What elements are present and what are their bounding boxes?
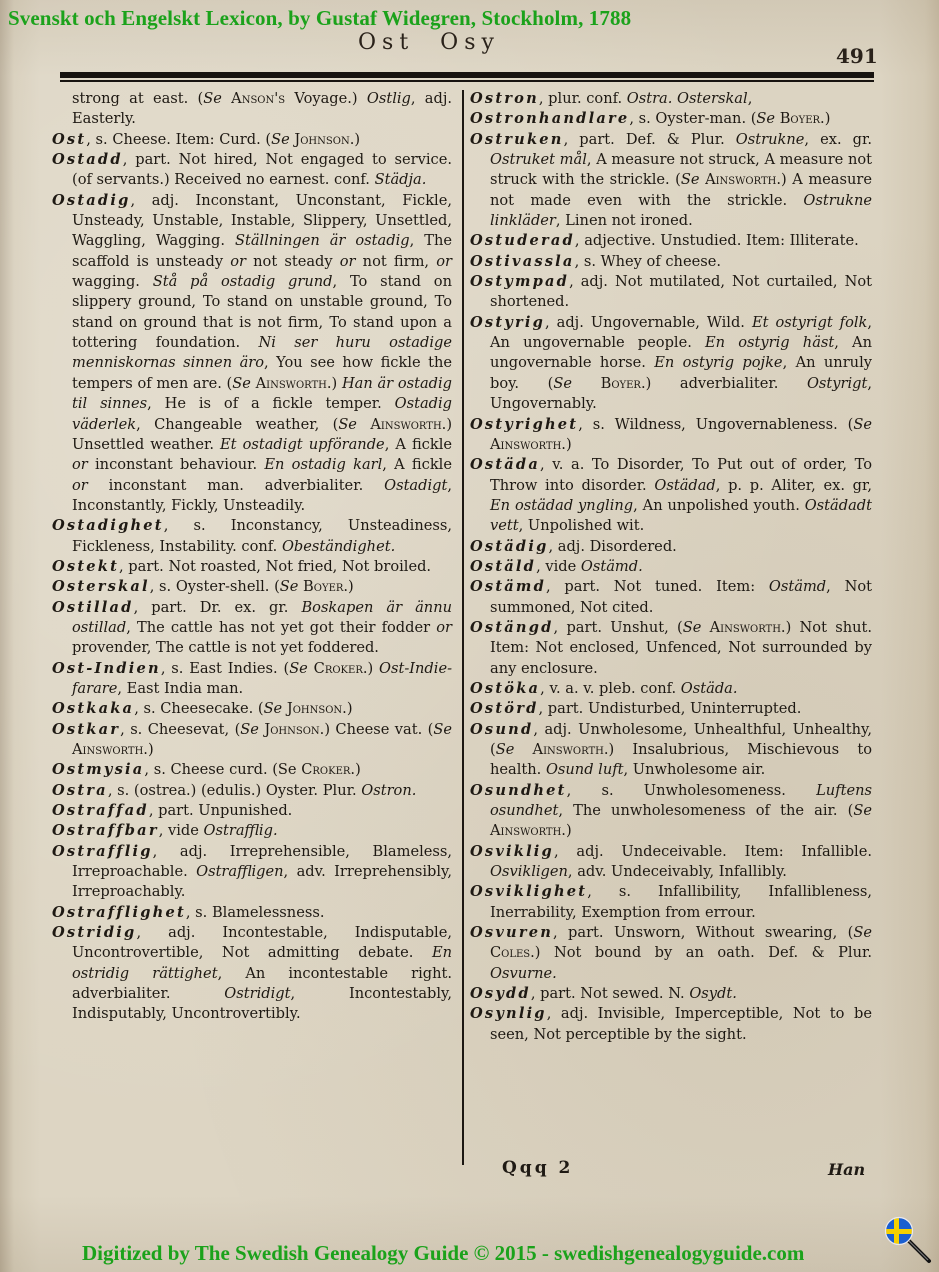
dictionary-entry: Ostädig, adj. Disordered. (470, 537, 872, 557)
entry-text: , part. Unpunished. (149, 802, 292, 819)
entry-source-reference: Ainsworth. (533, 741, 609, 758)
entry-text: , part. Not tuned. Item: (546, 578, 769, 595)
entry-italic-text: Obeständighet. (282, 538, 395, 555)
entry-text: ) (355, 761, 361, 778)
entry-text: ) (825, 110, 831, 127)
entry-text: , s. East Indies. ( (161, 660, 289, 677)
scanned-page: Svenskt och Engelskt Lexicon, by Gustaf … (0, 0, 939, 1272)
entry-italic-text: Ostämd. (581, 558, 643, 575)
entry-headword: Osterskal (52, 578, 150, 595)
entry-italic-text: Se (280, 578, 299, 595)
dictionary-entry: Ostrafflighet, s. Blamelessness. (52, 903, 452, 923)
entry-headword: Osydd (470, 985, 531, 1002)
entry-headword: Ostillad (52, 599, 134, 616)
entry-text: , A fickle (382, 456, 452, 473)
entry-italic-text: Ostadigt (384, 477, 447, 494)
entry-text: , adjective. Unstudied. Item: Illiterate… (575, 232, 859, 249)
entry-source-reference: Ainsworth. (256, 375, 332, 392)
left-column: strong at east. (Se Anson's Voyage.) Ost… (52, 89, 452, 1025)
entry-text: , part. Dr. ex. gr. (134, 599, 302, 616)
entry-text (357, 416, 370, 433)
entry-text: , part. Def. & Plur. (564, 131, 736, 148)
dictionary-entry: Ostronhandlare, s. Oyster-man. (Se Boyer… (470, 109, 872, 129)
entry-headword: Ostuderad (470, 232, 575, 249)
entry-text (514, 741, 532, 758)
dictionary-entry: Ostämd, part. Not tuned. Item: Ostämd, N… (470, 577, 872, 618)
entry-headword: Osvuren (470, 924, 553, 941)
entry-text: not steady (246, 253, 340, 270)
entry-italic-text: Stå på ostadig grund (153, 273, 333, 290)
entry-italic-text: Osvikligen (490, 863, 568, 880)
entry-italic-text: Ostron. (361, 782, 416, 799)
entry-italic-text: Ställningen är ostadig (235, 232, 410, 249)
entry-headword: Ostrafflighet (52, 904, 186, 921)
entry-italic-text: Se (853, 802, 872, 819)
entry-italic-text: Se (240, 721, 259, 738)
dictionary-entry: Ost, s. Cheese. Item: Curd. (Se Johnson.… (52, 130, 452, 150)
entry-italic-text: Se (203, 90, 222, 107)
entry-text: ) (566, 822, 572, 839)
entry-headword: Ostronhandlare (470, 110, 629, 127)
dictionary-entry: Osvuren, part. Unsworn, Without swearing… (470, 923, 872, 984)
entry-italic-text: Osydt. (689, 985, 737, 1002)
dictionary-entry: Ostra, s. (ostrea.) (edulis.) Oyster. Pl… (52, 781, 452, 801)
entry-text: ) Cheese vat. ( (324, 721, 433, 738)
entry-italic-text: or (340, 253, 356, 270)
running-head: OstOsy (358, 30, 526, 55)
entry-italic-text: Städja. (375, 171, 427, 188)
entry-text: , s. Cheesecake. ( (134, 700, 263, 717)
entry-headword: Ostädig (470, 538, 548, 555)
entry-italic-text: or (72, 456, 88, 473)
entry-text: , (748, 90, 753, 107)
entry-italic-text: or (436, 253, 452, 270)
entry-headword: Osundhet (470, 782, 567, 799)
entry-text: , s. Cheese. Item: Curd. ( (86, 131, 271, 148)
entry-italic-text: Ostyrigt (807, 375, 867, 392)
entry-italic-text: Ostrafflig. (204, 822, 278, 839)
entry-headword: Ostäld (470, 558, 536, 575)
entry-text: , ex. gr. (804, 131, 872, 148)
entry-text: not firm, (356, 253, 437, 270)
entry-headword: Ostmysia (52, 761, 144, 778)
entry-text: , p. p. Aliter, ex. gr, (716, 477, 872, 494)
entry-headword: Ost-Indien (52, 660, 161, 677)
entry-italic-text: Se (264, 700, 283, 717)
entry-headword: Ostridig (52, 924, 136, 941)
entry-text: Voyage.) (285, 90, 367, 107)
column-divider (462, 90, 464, 1165)
entry-headword: Ostympad (470, 273, 569, 290)
entry-italic-text: Ostlig (367, 90, 411, 107)
entry-text: , A fickle (385, 436, 452, 453)
header-rule-thin (60, 80, 874, 82)
dictionary-entry: Ostruken, part. Def. & Plur. Ostrukne, e… (470, 130, 872, 232)
entry-headword: Ostruken (470, 131, 564, 148)
entry-italic-text: Ostrukne (736, 131, 805, 148)
entry-text: wagging. (72, 273, 153, 290)
entry-headword: Ostadighet (52, 517, 164, 534)
entry-text: , s. Whey of cheese. (575, 253, 721, 270)
entry-text: inconstant behaviour. (88, 456, 265, 473)
entry-source-reference: Ainsworth. (710, 619, 786, 636)
entry-headword: Osviklig (470, 843, 554, 860)
entry-source-reference: Coles. (490, 944, 535, 961)
entry-italic-text: Et ostadigt upförande (220, 436, 385, 453)
entry-headword: Ostyrig (470, 314, 545, 331)
dictionary-entry: Ostadd, part. Not hired, Not engaged to … (52, 150, 452, 191)
signature-mark: Qqq 2 (502, 1158, 573, 1178)
entry-italic-text: Ostra. (627, 90, 673, 107)
entry-source-reference: Ainsworth. (490, 822, 566, 839)
book-title-banner: Svenskt och Engelskt Lexicon, by Gustaf … (8, 6, 631, 31)
entry-headword: Ostadd (52, 151, 123, 168)
dictionary-entry: Ostillad, part. Dr. ex. gr. Boskapen är … (52, 598, 452, 659)
catchword: Han (828, 1160, 865, 1179)
entry-italic-text: En ostyrig häst (705, 334, 834, 351)
entry-italic-text: Se (271, 131, 290, 148)
entry-text: , part. Undisturbed, Uninterrupted. (539, 700, 802, 717)
dictionary-entry: Ostridig, adj. Incontestable, Indisputab… (52, 923, 452, 1025)
entry-italic-text: Se (553, 375, 572, 392)
entry-source-reference: Johnson. (264, 721, 324, 738)
entry-headword: Ostekt (52, 558, 119, 575)
entry-source-reference: Johnson. (287, 700, 347, 717)
entry-headword: Ostörd (470, 700, 539, 717)
entry-source-reference: Croker. (301, 761, 355, 778)
entry-source-reference: Boyer. (303, 578, 348, 595)
entry-text: , v. a. v. pleb. conf. (540, 680, 681, 697)
entry-source-reference: Croker. (314, 660, 368, 677)
entry-headword: Ostkar (52, 721, 120, 738)
entry-italic-text: or (436, 619, 452, 636)
running-head-right: Osy (440, 30, 500, 55)
entry-italic-text: Se (683, 619, 702, 636)
entry-headword: Ostivassla (470, 253, 575, 270)
entry-text: , s. Blamelessness. (186, 904, 325, 921)
entry-italic-text: or (230, 253, 246, 270)
entry-text: , adj. Disordered. (548, 538, 676, 555)
entry-text: ) (566, 436, 572, 453)
entry-text: , s. Cheese curd. (Se (144, 761, 301, 778)
dictionary-entry: Ostäda, v. a. To Disorder, To Put out of… (470, 455, 872, 536)
page-number: 491 (836, 44, 878, 68)
entry-text: , vide (536, 558, 581, 575)
entry-source-reference: Ainsworth. (705, 171, 781, 188)
dictionary-entry: Ostmysia, s. Cheese curd. (Se Croker.) (52, 760, 452, 780)
entry-text: inconstant man. adverbialiter. (88, 477, 384, 494)
entry-text: ) (332, 375, 342, 392)
entry-text: , adj. Ungovernable, Wild. (545, 314, 752, 331)
dictionary-entry: Osund, adj. Unwholesome, Unhealthful, Un… (470, 720, 872, 781)
entry-text: ) (368, 660, 380, 677)
entry-headword: Osviklighet (470, 883, 587, 900)
entry-italic-text: Se (433, 721, 452, 738)
entry-text: provender, The cattle is not yet foddere… (72, 639, 379, 656)
entry-italic-text: Ostruket mål (490, 151, 587, 168)
entry-text: ) adverbialiter. (646, 375, 807, 392)
entry-text: , plur. conf. (539, 90, 627, 107)
entry-text: , Linen not ironed. (556, 212, 693, 229)
dictionary-entry: Ostraffbar, vide Ostrafflig. (52, 821, 452, 841)
dictionary-entry: Osundhet, s. Unwholesomeness. Luftens os… (470, 781, 872, 842)
entry-text: , East India man. (117, 680, 243, 697)
dictionary-entry: Ostöka, v. a. v. pleb. conf. Ostäda. (470, 679, 872, 699)
dictionary-entry: Ostyrighet, s. Wildness, Ungovernablenes… (470, 415, 872, 456)
entry-text: , s. Oyster-man. ( (629, 110, 756, 127)
dictionary-entry: Ostraffad, part. Unpunished. (52, 801, 452, 821)
entry-text: , The unwholesomeness of the air. ( (558, 802, 853, 819)
entry-text: , Unpolished wit. (519, 517, 645, 534)
dictionary-entry: Osviklighet, s. Infallibility, Infallibl… (470, 882, 872, 923)
entry-headword: Ost (52, 131, 86, 148)
digitized-by-banner: Digitized by The Swedish Genealogy Guide… (82, 1241, 804, 1266)
entry-text: , vide (159, 822, 204, 839)
entry-italic-text: or (72, 477, 88, 494)
entry-text: , Changeable weather, ( (136, 416, 338, 433)
entry-text: , adj. Invisible, Imperceptible, Not to … (490, 1005, 872, 1042)
entry-source-reference: Ainsworth. (370, 416, 446, 433)
entry-italic-text: En ostyrig pojke (654, 354, 782, 371)
entry-headword: Ostrafflig (52, 843, 153, 860)
entry-source-reference: Ainsworth. (490, 436, 566, 453)
dictionary-entry: Ostkar, s. Cheesevat, (Se Johnson.) Chee… (52, 720, 452, 761)
magnifier-swedish-flag-icon (882, 1214, 934, 1266)
entry-headword: Ostäda (470, 456, 540, 473)
entry-text: , part. Unsworn, Without swearing, ( (553, 924, 853, 941)
entry-text: , adj. Undeceivable. Item: Infallible. (554, 843, 872, 860)
dictionary-entry: Osydd, part. Not sewed. N. Osydt. (470, 984, 872, 1004)
entry-italic-text: Ostraffligen (196, 863, 283, 880)
entry-headword: Ostraffbar (52, 822, 159, 839)
entry-text: , part. Unshut, ( (554, 619, 683, 636)
entry-text: , Unwholesome air. (624, 761, 766, 778)
entry-source-reference: Johnson. (294, 131, 354, 148)
entry-headword: Ostron (470, 90, 539, 107)
entry-headword: Ostyrighet (470, 416, 578, 433)
entry-text: ) (148, 741, 154, 758)
entry-italic-text: Osund luft (546, 761, 624, 778)
running-head-left: Ost (358, 30, 414, 55)
entry-headword: Osynlig (470, 1005, 547, 1022)
entry-text: , part. Not sewed. N. (531, 985, 690, 1002)
entry-text (222, 90, 231, 107)
entry-headword: Ostadig (52, 192, 130, 209)
dictionary-entry: Ostekt, part. Not roasted, Not fried, No… (52, 557, 452, 577)
entry-text: strong at east. ( (72, 90, 203, 107)
entry-text: , s. Wildness, Ungovernableness. ( (578, 416, 853, 433)
entry-italic-text: Se (756, 110, 775, 127)
entry-text: , adv. Undeceivably, Infallibly. (568, 863, 787, 880)
entry-headword: Ostkaka (52, 700, 134, 717)
dictionary-entry: Ostyrig, adj. Ungovernable, Wild. Et ost… (470, 313, 872, 415)
entry-text: ) (354, 131, 360, 148)
dictionary-entry: strong at east. (Se Anson's Voyage.) Ost… (52, 89, 452, 130)
entry-italic-text: Ostridigt (224, 985, 290, 1002)
entry-italic-text: Ostäda. (681, 680, 738, 697)
entry-italic-text: Ostädad (654, 477, 715, 494)
entry-text: , The cattle has not yet got their fodde… (126, 619, 436, 636)
dictionary-entry: Ostympad, adj. Not mutilated, Not curtai… (470, 272, 872, 313)
dictionary-entry: Osynlig, adj. Invisible, Imperceptible, … (470, 1004, 872, 1045)
entry-text: , He is of a fickle temper. (147, 395, 394, 412)
dictionary-entry: Ost-Indien, s. East Indies. (Se Croker.)… (52, 659, 452, 700)
entry-text: , s. Unwholesomeness. (567, 782, 817, 799)
dictionary-entry: Osviklig, adj. Undeceivable. Item: Infal… (470, 842, 872, 883)
dictionary-entry: Ostängd, part. Unshut, (Se Ainsworth.) N… (470, 618, 872, 679)
dictionary-entry: Ostadig, adj. Inconstant, Unconstant, Fi… (52, 191, 452, 517)
entry-headword: Ostämd (470, 578, 546, 595)
entry-italic-text: Se (681, 171, 700, 188)
dictionary-entry: Ostivassla, s. Whey of cheese. (470, 252, 872, 272)
entry-text: ) (348, 578, 354, 595)
entry-italic-text: Se (232, 375, 251, 392)
header-rule-thick (60, 72, 874, 78)
entry-italic-text: Osterskal (677, 90, 748, 107)
dictionary-entry: Ostuderad, adjective. Unstudied. Item: I… (470, 231, 872, 251)
entry-source-reference: Anson's (231, 90, 285, 107)
entry-text: , An unpolished youth. (633, 497, 805, 514)
entry-italic-text: Se (496, 741, 515, 758)
right-column: Ostron, plur. conf. Ostra. Osterskal,Ost… (470, 89, 872, 1045)
dictionary-entry: Ostadighet, s. Inconstancy, Unsteadiness… (52, 516, 452, 557)
entry-source-reference: Boyer. (780, 110, 825, 127)
entry-text (701, 619, 709, 636)
dictionary-entry: Ostron, plur. conf. Ostra. Osterskal, (470, 89, 872, 109)
entry-italic-text: Se (289, 660, 308, 677)
entry-source-reference: Boyer. (601, 375, 646, 392)
entry-italic-text: Osvurne. (490, 965, 557, 982)
entry-italic-text: Se (853, 416, 872, 433)
entry-headword: Ostöka (470, 680, 540, 697)
dictionary-entry: Ostäld, vide Ostämd. (470, 557, 872, 577)
dictionary-entry: Ostkaka, s. Cheesecake. (Se Johnson.) (52, 699, 452, 719)
entry-italic-text: En ostadig karl (264, 456, 382, 473)
entry-italic-text: Se (338, 416, 357, 433)
entry-italic-text: Et ostyrigt folk (752, 314, 867, 331)
entry-text: , s. Oyster-shell. ( (150, 578, 280, 595)
dictionary-entry: Ostörd, part. Undisturbed, Uninterrupted… (470, 699, 872, 719)
entry-italic-text: Ostämd (769, 578, 826, 595)
dictionary-entry: Ostrafflig, adj. Irreprehensible, Blamel… (52, 842, 452, 903)
entry-text: , s. Cheesevat, ( (120, 721, 240, 738)
entry-text: , part. Not roasted, Not fried, Not broi… (119, 558, 431, 575)
entry-headword: Osund (470, 721, 533, 738)
entry-headword: Ostra (52, 782, 108, 799)
dictionary-entry: Osterskal, s. Oyster-shell. (Se Boyer.) (52, 577, 452, 597)
entry-text: ) Not bound by an oath. Def. & Plur. (535, 944, 872, 961)
entry-italic-text: Se (853, 924, 872, 941)
entry-headword: Ostraffad (52, 802, 149, 819)
entry-text: , s. (ostrea.) (edulis.) Oyster. Plur. (108, 782, 361, 799)
entry-italic-text: En ostädad yngling (490, 497, 633, 514)
entry-source-reference: Ainsworth. (72, 741, 148, 758)
entry-headword: Ostängd (470, 619, 554, 636)
entry-text (572, 375, 601, 392)
entry-text: ) (347, 700, 353, 717)
